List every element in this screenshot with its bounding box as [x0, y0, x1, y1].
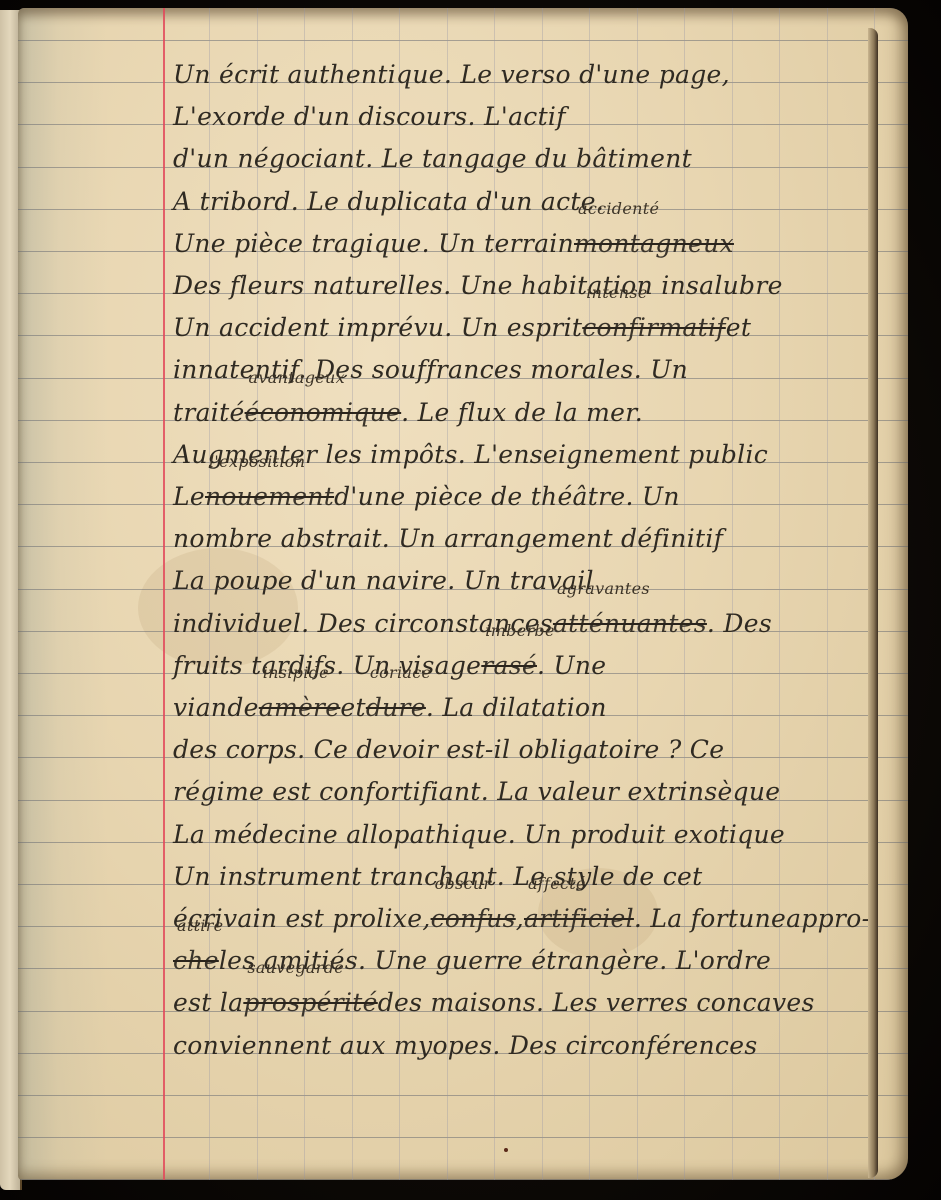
text-segment: , [516, 898, 524, 940]
text-segment: viande [173, 687, 259, 729]
text-line: Une pièce tragique. Un terrain montagneu… [173, 223, 734, 265]
text-segment: d'un négociant. Le tangage du bâtiment [173, 138, 692, 180]
ruled-line [18, 40, 908, 41]
text-line: écrivain est prolixe, confusobscur, arti… [173, 898, 870, 940]
text-line: La poupe d'un navire. Un travail [173, 560, 594, 602]
text-line: d'un négociant. Le tangage du bâtiment [173, 138, 692, 180]
ruled-line [18, 1179, 908, 1180]
struck-word: raséimberbe [481, 645, 537, 687]
text-segment: . La fortune [634, 898, 786, 940]
text-segment: et [340, 687, 365, 729]
struck-word: confusobscur [431, 898, 516, 940]
page-stack-edge [868, 28, 878, 1178]
interlinear-correction: sauvegarde [247, 960, 344, 976]
struck-word: confirmatifintense [582, 307, 726, 349]
text-line: des corps. Ce devoir est-il obligatoire … [173, 729, 724, 771]
struck-word: prospéritésauvegarde [243, 982, 377, 1024]
text-segment: L'exorde d'un discours. L'actif [173, 96, 566, 138]
interlinear-correction: agravantes [557, 581, 650, 597]
struck-word: durecoriace [366, 687, 426, 729]
text-line: L'exorde d'un discours. L'actif [173, 96, 566, 138]
ruled-line [18, 1095, 908, 1096]
text-segment: régime est confortifiant. La valeur extr… [173, 771, 780, 813]
text-segment: traité [173, 392, 245, 434]
text-segment: Une pièce tragique. Un terrain [173, 223, 574, 265]
text-segment: Des fleurs naturelles. Une habitation in… [173, 265, 783, 307]
text-segment: nombre abstrait. Un arrangement définiti… [173, 518, 723, 560]
text-segment: La médecine allopathique. Un produit exo… [173, 814, 785, 856]
interlinear-correction: intense [586, 285, 647, 301]
text-line: Des fleurs naturelles. Une habitation in… [173, 265, 783, 307]
text-line: Un accident imprévu. Un esprit confirmat… [173, 307, 751, 349]
text-segment: A tribord. Le duplicata d'un acte. [173, 181, 604, 223]
text-segment: Un écrit authentique. Le verso d'une pag… [173, 54, 730, 96]
interlinear-correction: l'exposition [209, 454, 305, 470]
interlinear-correction: insipide [263, 665, 329, 681]
text-segment: des maisons. Les verres concaves [378, 982, 815, 1024]
struck-word: cheattire [173, 940, 219, 982]
ink-speck [504, 1148, 508, 1152]
struck-word: montagneuxaccidenté [574, 223, 734, 265]
text-line: Un écrit authentique. Le verso d'une pag… [173, 54, 730, 96]
text-line: conviennent aux myopes. Des circonférenc… [173, 1025, 757, 1067]
interlinear-correction: accidenté [578, 201, 659, 217]
struck-word: amèreinsipide [259, 687, 341, 729]
text-segment: conviennent aux myopes. Des circonférenc… [173, 1025, 757, 1067]
text-segment: d'une pièce de théâtre. Un [334, 476, 680, 518]
struck-word: économiqueavantageux [245, 392, 402, 434]
text-line: viande amèreinsipide et durecoriace. La … [173, 687, 607, 729]
struck-word: artificielaffecté [524, 898, 634, 940]
text-segment: . Une [537, 645, 606, 687]
text-segment: La poupe d'un navire. Un travail [173, 560, 594, 602]
text-line: Le nouementl'exposition d'une pièce de t… [173, 476, 680, 518]
text-segment: appro- [786, 898, 870, 940]
text-line: traité économiqueavantageux. Le flux de … [173, 392, 643, 434]
struck-word: atténuantesagravantes [553, 603, 707, 645]
red-margin-line [163, 8, 165, 1180]
interlinear-correction: obscur [435, 876, 492, 892]
text-line: La médecine allopathique. Un produit exo… [173, 814, 785, 856]
grid-column-line [827, 8, 828, 1180]
interlinear-correction: avantageux [249, 370, 345, 386]
text-segment: . La dilatation [426, 687, 607, 729]
text-segment: . Des [707, 603, 772, 645]
text-line: est la prospéritésauvegarde des maisons.… [173, 982, 815, 1024]
text-segment: est la [173, 982, 243, 1024]
text-line: individuel. Des circonstances atténuante… [173, 603, 772, 645]
text-segment: . Le flux de la mer. [401, 392, 643, 434]
text-segment: et [726, 307, 751, 349]
text-segment: Le [173, 476, 205, 518]
interlinear-correction: coriace [370, 665, 431, 681]
text-line: A tribord. Le duplicata d'un acte. [173, 181, 604, 223]
text-segment: Un accident imprévu. Un esprit [173, 307, 582, 349]
text-line: nombre abstrait. Un arrangement définiti… [173, 518, 723, 560]
interlinear-correction: attire [177, 918, 223, 934]
struck-word: nouementl'exposition [205, 476, 334, 518]
ruled-line [18, 1137, 908, 1138]
text-segment: des corps. Ce devoir est-il obligatoire … [173, 729, 724, 771]
interlinear-correction: imberbe [485, 623, 554, 639]
notebook-page: Un écrit authentique. Le verso d'une pag… [18, 8, 908, 1180]
text-line: régime est confortifiant. La valeur extr… [173, 771, 780, 813]
interlinear-correction: affecté [528, 876, 586, 892]
